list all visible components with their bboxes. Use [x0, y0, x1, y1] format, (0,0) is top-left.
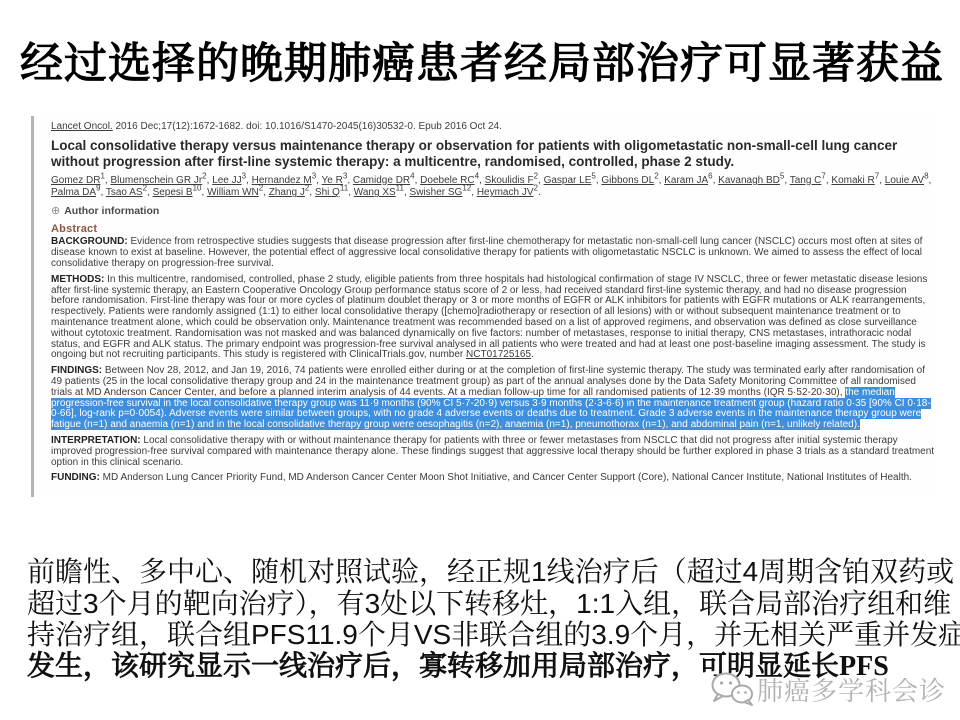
author-link[interactable]: Swisher SG	[410, 187, 463, 198]
author-link[interactable]: Zhang J	[269, 187, 305, 198]
interpretation-section: INTERPRETATION: Local consolidative ther…	[51, 436, 935, 468]
slide-title: 经过选择的晚期肺癌患者经局部治疗可显著获益	[20, 40, 954, 89]
pubmed-abstract-block: Lancet Oncol. 2016 Dec;17(12):1672-1682.…	[31, 116, 935, 497]
author-affiliation-number: 11	[340, 184, 348, 193]
interpretation-text: Local consolidative therapy with or with…	[51, 435, 934, 468]
clinical-trial-registry-link[interactable]: NCT01725165	[466, 349, 531, 360]
author-affiliation-number: 2	[143, 184, 147, 193]
funding-text: MD Anderson Lung Cancer Priority Fund, M…	[100, 472, 912, 483]
interpretation-label: INTERPRETATION:	[51, 435, 141, 446]
findings-text: Between Nov 28, 2012, and Jan 19, 2016, …	[51, 365, 925, 398]
author-link[interactable]: Louie AV	[885, 175, 924, 186]
author-affiliation-number: 9	[96, 184, 100, 193]
author-link[interactable]: Karam JA	[664, 175, 708, 186]
author-link[interactable]: Shi Q	[315, 187, 340, 198]
author-link[interactable]: Gomez DR	[51, 175, 100, 186]
author-link[interactable]: Tsao AS	[106, 187, 143, 198]
background-label: BACKGROUND:	[51, 236, 128, 247]
watermark-label: 肺癌多学科会诊	[757, 671, 946, 708]
author-affiliation-number: 12	[462, 184, 471, 193]
summary-line: 超过3个月的靶向治疗），有3处以下转移灶，1:1入组，联合局部治疗组和维	[27, 588, 957, 620]
author-affiliation-number: 1	[100, 171, 104, 180]
author-affiliation-number: 4	[410, 171, 414, 180]
author-affiliation-number: 8	[924, 171, 928, 180]
author-link[interactable]: Skoulidis F	[485, 175, 534, 186]
author-affiliation-number: 2	[534, 171, 538, 180]
methods-text-end: .	[531, 349, 534, 360]
author-list: Gomez DR1, Blumenschein GR Jr2, Lee JJ3,…	[51, 175, 935, 200]
author-affiliation-number: 3	[343, 171, 347, 180]
findings-label: FINDINGS:	[51, 365, 102, 376]
author-affiliation-number: 4	[475, 171, 479, 180]
methods-label: METHODS:	[51, 274, 104, 285]
author-link[interactable]: Tang C	[790, 175, 822, 186]
author-affiliation-number: 2	[259, 184, 263, 193]
author-information-label: Author information	[64, 205, 159, 217]
author-link[interactable]: Wang XS	[354, 187, 396, 198]
author-affiliation-number: 3	[312, 171, 316, 180]
author-affiliation-number: 2	[654, 171, 658, 180]
watermark: 肺癌多学科会诊	[709, 670, 946, 708]
author-affiliation-number: 5	[591, 171, 595, 180]
findings-section: FINDINGS: Between Nov 28, 2012, and Jan …	[51, 366, 935, 431]
author-affiliation-number: 3	[242, 171, 246, 180]
summary-block: 前瞻性、多中心、随机对照试验，经正规1线治疗后（超过4周期含铂双药或超过3个月的…	[27, 556, 957, 682]
journal-link[interactable]: Lancet Oncol.	[51, 121, 113, 132]
background-section: BACKGROUND: Evidence from retrospective …	[51, 237, 935, 269]
author-information-expander[interactable]: ⊕Author information	[51, 206, 935, 217]
paper-title: Local consolidative therapy versus maint…	[51, 138, 935, 170]
methods-section: METHODS: In this multicentre, randomised…	[51, 275, 935, 361]
author-link[interactable]: Lee JJ	[212, 175, 241, 186]
author-link[interactable]: Gibbons DL	[601, 175, 654, 186]
author-affiliation-number: 2	[305, 184, 309, 193]
author-affiliation-number: 10	[193, 184, 202, 193]
citation-text: 2016 Dec;17(12):1672-1682. doi: 10.1016/…	[113, 121, 502, 132]
author-link[interactable]: Heymach JV	[477, 187, 534, 198]
author-link[interactable]: Palma DA	[51, 187, 96, 198]
author-affiliation-number: 2	[202, 171, 206, 180]
background-text: Evidence from retrospective studies sugg…	[51, 236, 922, 269]
author-link[interactable]: Gaspar LE	[544, 175, 592, 186]
author-link[interactable]: Komaki R	[831, 175, 874, 186]
abstract-heading: Abstract	[51, 224, 935, 235]
funding-label: FUNDING:	[51, 472, 100, 483]
summary-line: 持治疗组，联合组PFS11.9个月VS非联合组的3.9个月，并无相关严重并发症	[27, 619, 957, 651]
author-affiliation-number: 11	[396, 184, 404, 193]
author-affiliation-number: 2	[534, 184, 538, 193]
citation-line: Lancet Oncol. 2016 Dec;17(12):1672-1682.…	[51, 122, 935, 133]
author-affiliation-number: 7	[875, 171, 879, 180]
expand-icon: ⊕	[51, 205, 60, 217]
author-link[interactable]: Sepesi B	[153, 187, 193, 198]
author-affiliation-number: 5	[780, 171, 784, 180]
author-link[interactable]: William WN	[207, 187, 259, 198]
wechat-bubbles-icon	[709, 670, 755, 708]
methods-text: In this multicentre, randomised, control…	[51, 274, 927, 361]
author-link[interactable]: Kavanagh BD	[718, 175, 780, 186]
author-affiliation-number: 7	[821, 171, 825, 180]
funding-section: FUNDING: MD Anderson Lung Cancer Priorit…	[51, 473, 935, 484]
author-link[interactable]: Blumenschein GR Jr	[110, 175, 202, 186]
author-affiliation-number: 6	[708, 171, 712, 180]
summary-line: 前瞻性、多中心、随机对照试验，经正规1线治疗后（超过4周期含铂双药或	[27, 556, 957, 588]
